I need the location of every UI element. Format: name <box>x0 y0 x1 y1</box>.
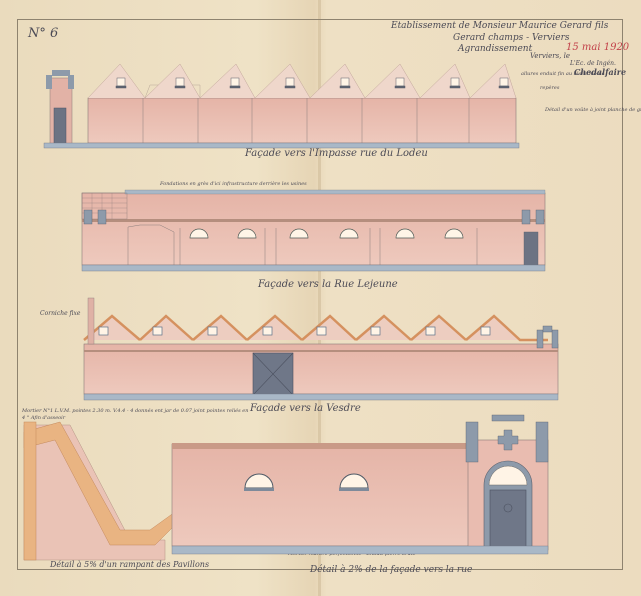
elevation-impasse <box>44 64 519 148</box>
drawing-sheet: N° 6 Etablissement de Monsieur Maurice G… <box>0 0 641 596</box>
drawing-elevations <box>0 0 641 596</box>
detail-rampant-drawing <box>24 422 175 560</box>
elevation-rue-lejeune <box>82 190 545 271</box>
elevation-vesdre <box>84 298 558 400</box>
detail-facade-drawing <box>172 415 548 554</box>
